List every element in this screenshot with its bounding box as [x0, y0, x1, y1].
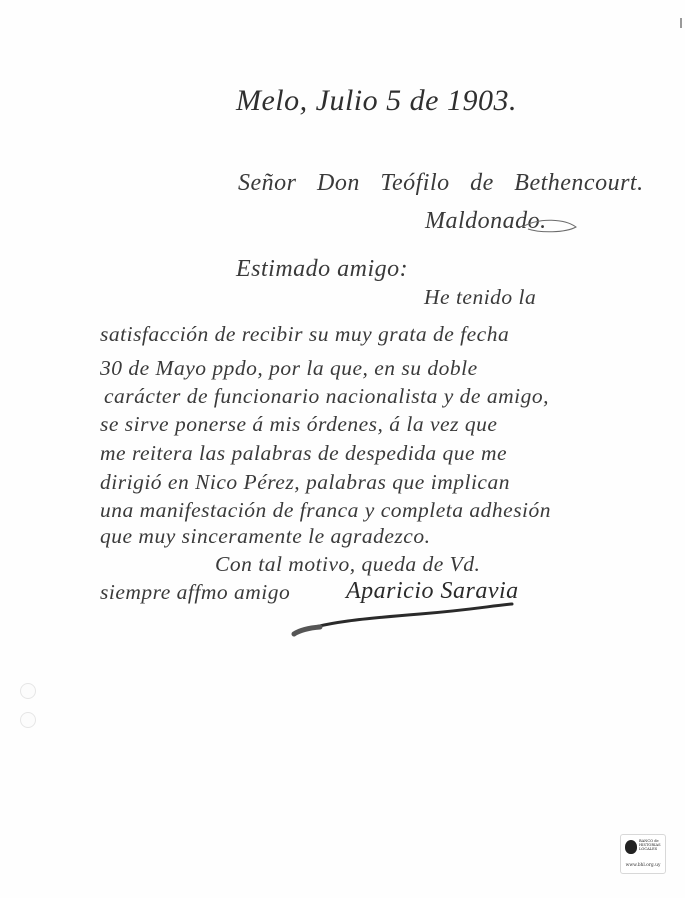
body-line: dirigió en Nico Pérez, palabras que impl…	[100, 470, 510, 495]
body-line: He tenido la	[424, 285, 536, 310]
binding-hole	[20, 712, 36, 728]
closing-line: siempre affmo amigo	[100, 580, 290, 605]
salutation: Estimado amigo:	[236, 256, 408, 283]
body-line: 30 de Mayo ppdo, por la que, en su doble	[100, 356, 478, 381]
scanned-letter-page: Melo, Julio 5 de 1903. Señor Don Teófilo…	[0, 0, 685, 898]
body-line: me reitera las palabras de despedida que…	[100, 441, 507, 466]
scan-edge-mark	[680, 18, 682, 28]
recipient-line: Señor Don Teófilo de Bethencourt.	[238, 170, 644, 197]
dateline: Melo, Julio 5 de 1903.	[236, 84, 517, 118]
body-line: Con tal motivo, queda de Vd.	[215, 552, 480, 577]
body-line: carácter de funcionario nacionalista y d…	[104, 384, 549, 409]
logo-title: BANCO de HISTORIAS LOCALES	[639, 839, 665, 852]
signature-flourish	[290, 600, 520, 640]
logo-head-icon	[625, 840, 637, 854]
body-line: satisfacción de recibir su muy grata de …	[100, 322, 509, 347]
body-line: se sirve ponerse á mis órdenes, á la vez…	[100, 412, 497, 437]
binding-hole	[20, 683, 36, 699]
body-line: que muy sinceramente le agradezco.	[100, 524, 430, 549]
recipient-flourish	[520, 215, 580, 235]
logo-url: www.bhl.org.uy	[621, 863, 665, 868]
archive-logo: BANCO de HISTORIAS LOCALES www.bhl.org.u…	[620, 834, 666, 874]
body-line: una manifestación de franca y completa a…	[100, 498, 551, 523]
